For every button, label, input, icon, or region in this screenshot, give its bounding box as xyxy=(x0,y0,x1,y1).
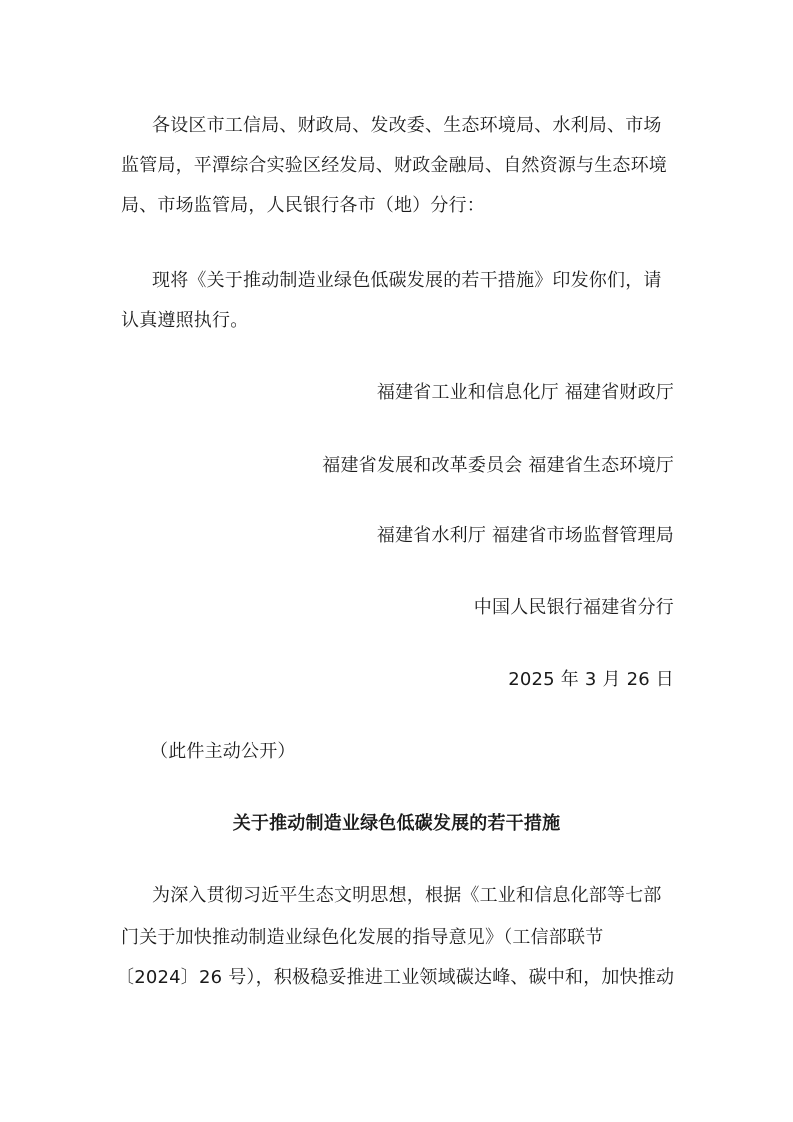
document-title: 关于推动制造业绿色低碳发展的若干措施 xyxy=(0,812,793,836)
signatory-line-4: 中国人民银行福建省分行 xyxy=(474,596,674,620)
signatory-line-1: 福建省工业和信息化厅 福建省财政厅 xyxy=(377,381,674,405)
body-line-2: 门关于加快推动制造业绿色化发展的指导意见》（工信部联节 xyxy=(121,926,603,950)
signatory-line-3: 福建省水利厅 福建省市场监督管理局 xyxy=(377,524,674,548)
addressee-line-3: 局、市场监管局，人民银行各市（地）分行： xyxy=(121,194,485,218)
body-line-1: 为深入贯彻习近平生态文明思想，根据《工业和信息化部等七部 xyxy=(152,884,662,908)
addressee-line-2: 监管局，平潭综合实验区经发局、财政金融局、自然资源与生态环境 xyxy=(121,154,667,178)
addressee-line-1: 各设区市工信局、财政局、发改委、生态环境局、水利局、市场 xyxy=(152,114,662,138)
signatory-line-2: 福建省发展和改革委员会 福建省生态环境厅 xyxy=(322,454,674,478)
disclosure-note: （此件主动公开） xyxy=(150,740,296,764)
notice-line-2: 认真遵照执行。 xyxy=(121,309,248,333)
issue-date: 2025 年 3 月 26 日 xyxy=(508,668,674,692)
document-page: 各设区市工信局、财政局、发改委、生态环境局、水利局、市场 监管局，平潭综合实验区… xyxy=(0,0,793,1122)
body-line-3: 〔2024〕26 号），积极稳妥推进工业领域碳达峰、碳中和，加快推动 xyxy=(116,966,674,990)
notice-line-1: 现将《关于推动制造业绿色低碳发展的若干措施》印发你们，请 xyxy=(152,269,662,293)
